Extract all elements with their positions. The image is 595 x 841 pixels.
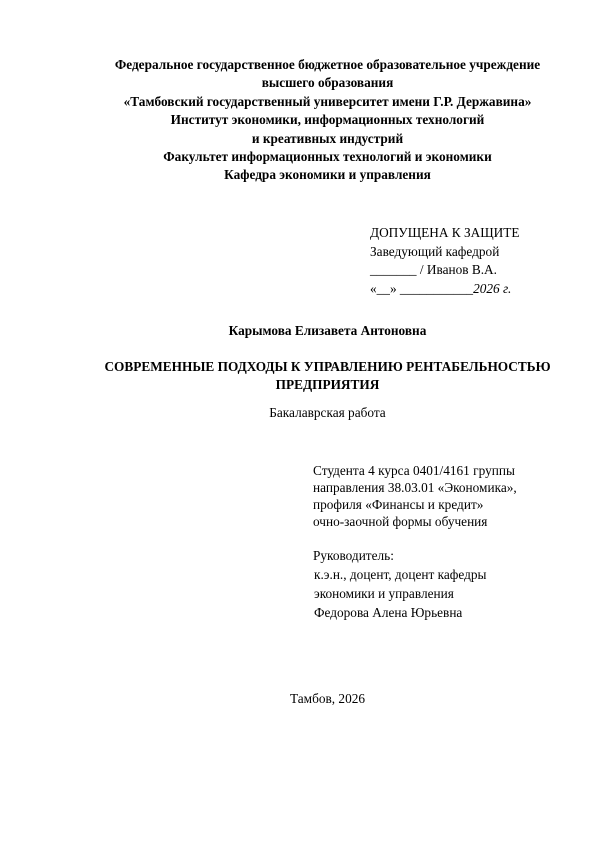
supervisor-degree: к.э.н., доцент, доцент кафедры xyxy=(313,565,486,584)
approval-block: ДОПУЩЕНА К ЗАЩИТЕ Заведующий кафедрой __… xyxy=(370,224,519,298)
header-line-education-level: высшего образования xyxy=(60,74,595,92)
supervisor-name: Федорова Алена Юрьевна xyxy=(313,603,486,622)
header-line-institute: Институт экономики, информационных техно… xyxy=(60,111,595,129)
approval-position: Заведующий кафедрой xyxy=(370,243,519,262)
student-info: Студента 4 курса 0401/4161 группы направ… xyxy=(313,462,517,530)
approval-status: ДОПУЩЕНА К ЗАЩИТЕ xyxy=(370,224,519,243)
city-year: Тамбов, 2026 xyxy=(0,690,595,708)
header-line-institute-cont: и креативных индустрий xyxy=(60,130,595,148)
supervisor-department: экономики и управления xyxy=(313,584,486,603)
thesis-title-line-1: СОВРЕМЕННЫЕ ПОДХОДЫ К УПРАВЛЕНИЮ РЕНТАБЕ… xyxy=(60,358,595,376)
institution-header: Федеральное государственное бюджетное об… xyxy=(60,56,595,185)
approval-date-year: 2026 г. xyxy=(473,281,511,296)
student-profile: профиля «Финансы и кредит» xyxy=(313,496,517,513)
approval-signature: _______ / Иванов В.А. xyxy=(370,261,519,280)
title-page: Федеральное государственное бюджетное об… xyxy=(0,0,595,841)
header-line-department: Кафедра экономики и управления xyxy=(60,166,595,184)
student-direction: направления 38.03.01 «Экономика», xyxy=(313,479,517,496)
approval-date-blank: «__» ___________ xyxy=(370,281,473,296)
header-line-faculty: Факультет информационных технологий и эк… xyxy=(60,148,595,166)
student-course-group: Студента 4 курса 0401/4161 группы xyxy=(313,462,517,479)
supervisor-info: Руководитель: к.э.н., доцент, доцент каф… xyxy=(313,546,486,622)
supervisor-label: Руководитель: xyxy=(313,546,486,565)
approval-date: «__» ___________2026 г. xyxy=(370,280,519,299)
author-name: Карымова Елизавета Антоновна xyxy=(0,322,595,340)
thesis-title: СОВРЕМЕННЫЕ ПОДХОДЫ К УПРАВЛЕНИЮ РЕНТАБЕ… xyxy=(60,358,595,394)
header-line-university: «Тамбовский государственный университет … xyxy=(60,93,595,111)
header-line-organization-type: Федеральное государственное бюджетное об… xyxy=(60,56,595,74)
work-type: Бакалаврская работа xyxy=(0,404,595,422)
thesis-title-line-2: ПРЕДПРИЯТИЯ xyxy=(60,376,595,394)
student-study-form: очно-заочной формы обучения xyxy=(313,513,517,530)
